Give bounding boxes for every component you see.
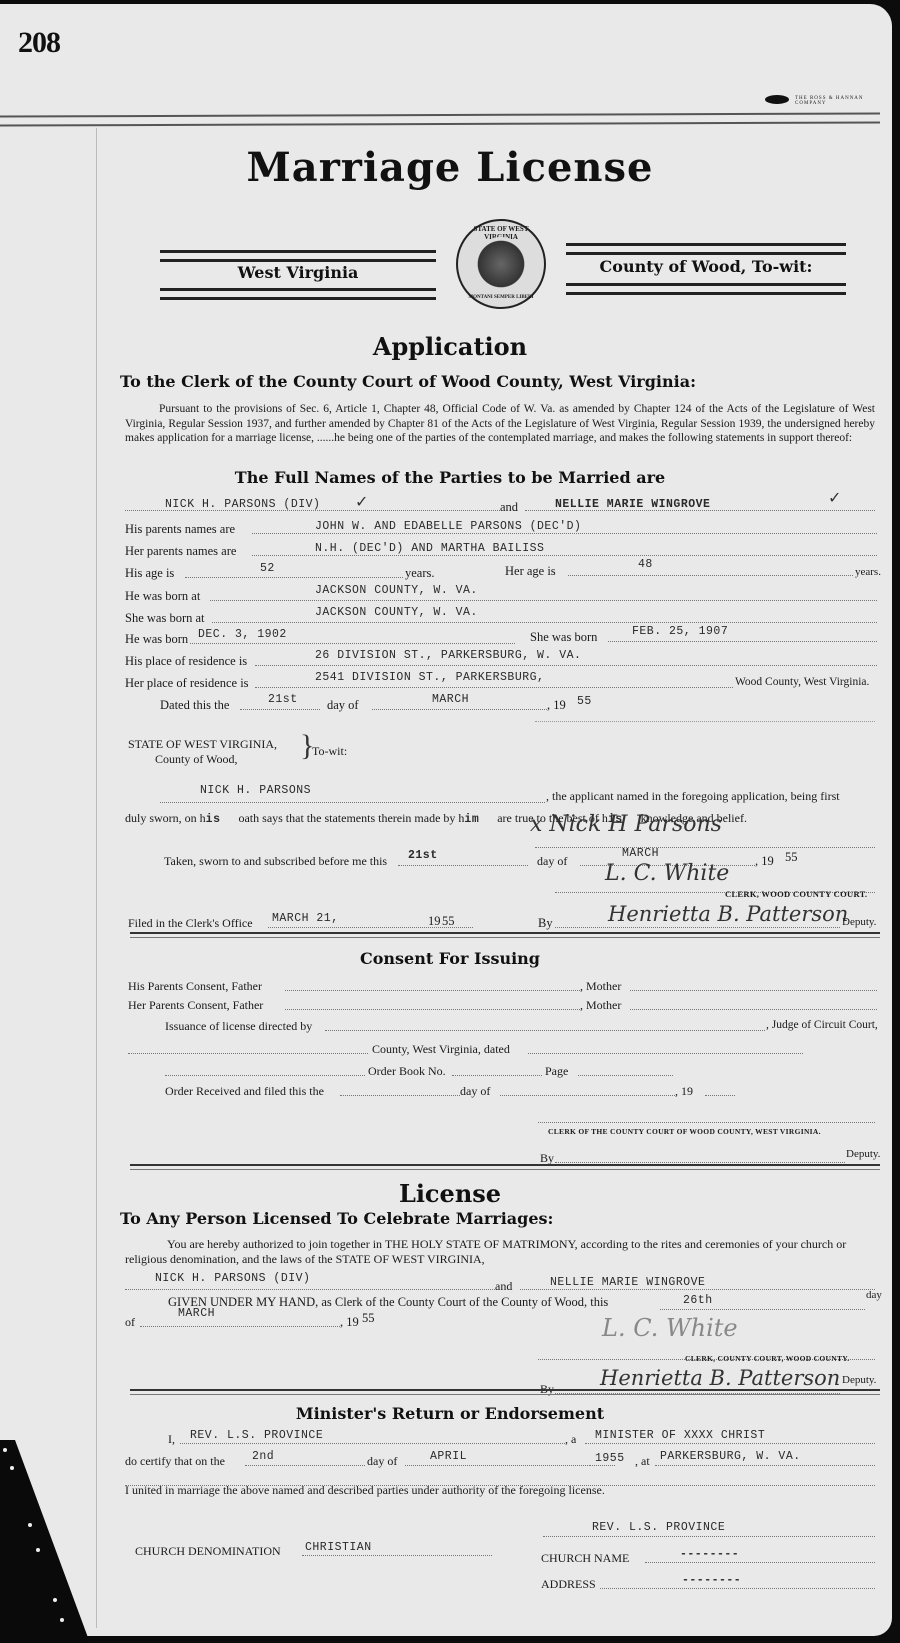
clerk-title: CLERK, COUNTY COURT, WOOD COUNTY.: [685, 1354, 849, 1363]
united-text: I united in marriage the above named and…: [125, 1483, 605, 1498]
groom-name: NICK H. PARSONS (DIV): [165, 498, 320, 511]
header-state: West Virginia: [160, 263, 436, 282]
deputy-label: Deputy.: [842, 1374, 876, 1386]
header-rule-left-bottom: [160, 288, 436, 300]
marriage-place: PARKERSBURG, W. VA.: [660, 1450, 801, 1463]
he-born-at-label: He was born at: [125, 589, 200, 604]
day-of-label: day of: [367, 1454, 397, 1469]
deputy-signature: Henrietta B. Patterson: [600, 1366, 840, 1390]
marriage-year: 1955: [595, 1452, 625, 1465]
bride-name: NELLIE MARIE WINGROVE: [555, 498, 710, 511]
clerk-title: CLERK OF THE COUNTY COURT OF WOOD COUNTY…: [548, 1127, 821, 1136]
header-rule-right-bottom: [566, 283, 846, 295]
minister-heading: Minister's Return or Endorsement: [0, 1404, 900, 1423]
film-edge-artifact: [0, 1440, 90, 1643]
minister-name: REV. L.S. PROVINCE: [190, 1429, 323, 1442]
dated-day: 21st: [268, 693, 298, 706]
her-residence-label: Her place of residence is: [125, 676, 249, 691]
given-day: 26th: [683, 1294, 713, 1307]
a-label: , a: [565, 1432, 576, 1447]
top-double-rule: [0, 112, 880, 126]
given-year: 55: [362, 1311, 375, 1326]
denomination-value: CHRISTIAN: [305, 1541, 372, 1554]
church-name-value: --------: [680, 1548, 739, 1561]
consent-heading: Consent For Issuing: [0, 949, 900, 968]
he-born-value: DEC. 3, 1902: [198, 628, 287, 641]
and-label: and: [495, 1279, 512, 1294]
her-age-value: 48: [638, 558, 653, 571]
names-heading: The Full Names of the Parties to be Marr…: [0, 468, 900, 487]
his-parents-consent-label: His Parents Consent, Father: [128, 979, 262, 994]
header-rule-left-top: [160, 250, 436, 262]
minister-signature: REV. L.S. PROVINCE: [592, 1521, 725, 1534]
taken-label: Taken, sworn to and subscribed before me…: [164, 854, 387, 869]
order-book-label: Order Book No.: [368, 1064, 446, 1079]
deputy-signature: Henrietta B. Patterson: [608, 902, 848, 926]
marriage-day: 2nd: [252, 1450, 274, 1463]
mother-label: , Mother: [580, 998, 621, 1013]
filed-year: 55: [442, 914, 455, 929]
page-number: 208: [18, 26, 60, 60]
application-addressee: To the Clerk of the County Court of Wood…: [120, 372, 696, 391]
taken-year: 55: [785, 850, 798, 865]
county-dated-label: County, West Virginia, dated: [372, 1042, 510, 1057]
document-title: Marriage License: [0, 144, 900, 191]
he-born-label: He was born: [125, 632, 188, 647]
document-page: 208 THE ROSS & HANNAN COMPANY Marriage L…: [0, 4, 892, 1636]
license-body: You are hereby authorized to join togeth…: [125, 1237, 877, 1267]
page-label: Page: [545, 1064, 568, 1079]
oath-applicant-text: , the applicant named in the foregoing a…: [546, 789, 840, 804]
license-addressee: To Any Person Licensed To Celebrate Marr…: [120, 1209, 553, 1228]
state-seal-icon: STATE OF WEST VIRGINIA MONTANI SEMPER LI…: [456, 219, 546, 309]
she-born-at-label: She was born at: [125, 611, 205, 626]
deputy-label: Deputy.: [846, 1148, 880, 1160]
license-heading: License: [0, 1179, 900, 1208]
marriage-month: APRIL: [430, 1450, 467, 1463]
section-rule: [130, 1164, 880, 1170]
day-of-label: day of: [327, 698, 359, 713]
by-label: By: [538, 916, 553, 931]
filed-year-prefix: 19: [428, 914, 441, 929]
her-residence-suffix: Wood County, West Virginia.: [735, 676, 869, 688]
day-label: day: [866, 1289, 882, 1301]
license-bride-name: NELLIE MARIE WINGROVE: [550, 1276, 705, 1289]
year-prefix: , 19: [755, 854, 774, 869]
dated-month: MARCH: [432, 693, 469, 706]
application-preamble: Pursuant to the provisions of Sec. 6, Ar…: [125, 402, 875, 446]
deputy-label: Deputy.: [842, 916, 876, 928]
given-label: GIVEN UNDER MY HAND, as Clerk of the Cou…: [168, 1295, 608, 1310]
given-month: MARCH: [178, 1307, 215, 1320]
taken-day: 21st: [408, 849, 438, 862]
filed-date: MARCH 21,: [272, 912, 339, 925]
dated-label: Dated this the: [160, 698, 229, 713]
day-of-label: day of: [460, 1084, 490, 1099]
she-born-value: FEB. 25, 1907: [632, 625, 728, 638]
mother-label: , Mother: [580, 979, 621, 994]
her-parents-consent-label: Her Parents Consent, Father: [128, 998, 263, 1013]
year-prefix: , 19: [675, 1084, 693, 1099]
application-heading: Application: [0, 332, 900, 361]
section-rule: [130, 932, 880, 938]
denomination-label: CHURCH DENOMINATION: [135, 1544, 281, 1559]
his-age-label: His age is: [125, 566, 174, 581]
clerk-signature: L. C. White: [602, 1314, 738, 1342]
her-parents-value: N.H. (DEC'D) AND MARTHA BAILISS: [315, 542, 544, 555]
minister-title: MINISTER OF XXXX CHRIST: [595, 1429, 765, 1442]
address-value: --------: [682, 1574, 741, 1587]
state-label: STATE OF WEST VIRGINIA,: [128, 737, 277, 752]
her-residence-value: 2541 DIVISION ST., PARKERSBURG,: [315, 671, 544, 684]
filed-label: Filed in the Clerk's Office: [128, 916, 253, 931]
year-prefix: , 19: [340, 1315, 359, 1330]
years-label: years.: [855, 566, 881, 578]
applicant-signature-line: [535, 708, 875, 722]
his-residence-value: 26 DIVISION ST., PARKERSBURG, W. VA.: [315, 649, 581, 662]
day-of-label: day of: [537, 854, 567, 869]
oath-applicant-name: NICK H. PARSONS: [200, 784, 311, 797]
order-received-label: Order Received and filed this the: [165, 1084, 324, 1099]
and-label: and: [500, 500, 518, 515]
towit-label: To-wit:: [312, 744, 347, 759]
county-label: County of Wood,: [155, 752, 237, 767]
checkmark-icon: ✓: [355, 492, 368, 512]
her-age-label: Her age is: [505, 564, 556, 579]
his-parents-value: JOHN W. AND EDABELLE PARSONS (DEC'D): [315, 520, 581, 533]
she-born-at-value: JACKSON COUNTY, W. VA.: [315, 606, 478, 619]
his-residence-label: His place of residence is: [125, 654, 247, 669]
printer-mark: THE ROSS & HANNAN COMPANY: [795, 96, 892, 106]
header-county: County of Wood, To-wit:: [566, 257, 846, 276]
issuance-label: Issuance of license directed by: [165, 1019, 312, 1034]
address-label: ADDRESS: [541, 1577, 596, 1592]
judge-label: , Judge of Circuit Court,: [766, 1019, 878, 1031]
church-name-label: CHURCH NAME: [541, 1551, 629, 1566]
years-label: years.: [405, 566, 435, 581]
certify-label: do certify that on the: [125, 1454, 225, 1469]
her-parents-label: Her parents names are: [125, 544, 236, 559]
printer-logo-icon: [765, 95, 789, 104]
header-rule-right-top: [566, 243, 846, 255]
section-rule: [130, 1389, 880, 1395]
of-label: of: [125, 1315, 135, 1330]
at-label: , at: [635, 1454, 650, 1469]
his-age-value: 52: [260, 562, 275, 575]
license-groom-name: NICK H. PARSONS (DIV): [155, 1272, 310, 1285]
dated-year: 55: [577, 695, 592, 708]
his-parents-label: His parents names are: [125, 522, 235, 537]
clerk-title: CLERK, WOOD COUNTY COURT.: [725, 889, 867, 899]
she-born-label: She was born: [530, 630, 597, 645]
he-born-at-value: JACKSON COUNTY, W. VA.: [315, 584, 478, 597]
his-father-consent-field: [285, 977, 580, 991]
taken-month: MARCH: [622, 847, 659, 860]
checkmark-icon: ✓: [828, 488, 841, 508]
i-label: I,: [168, 1432, 175, 1447]
